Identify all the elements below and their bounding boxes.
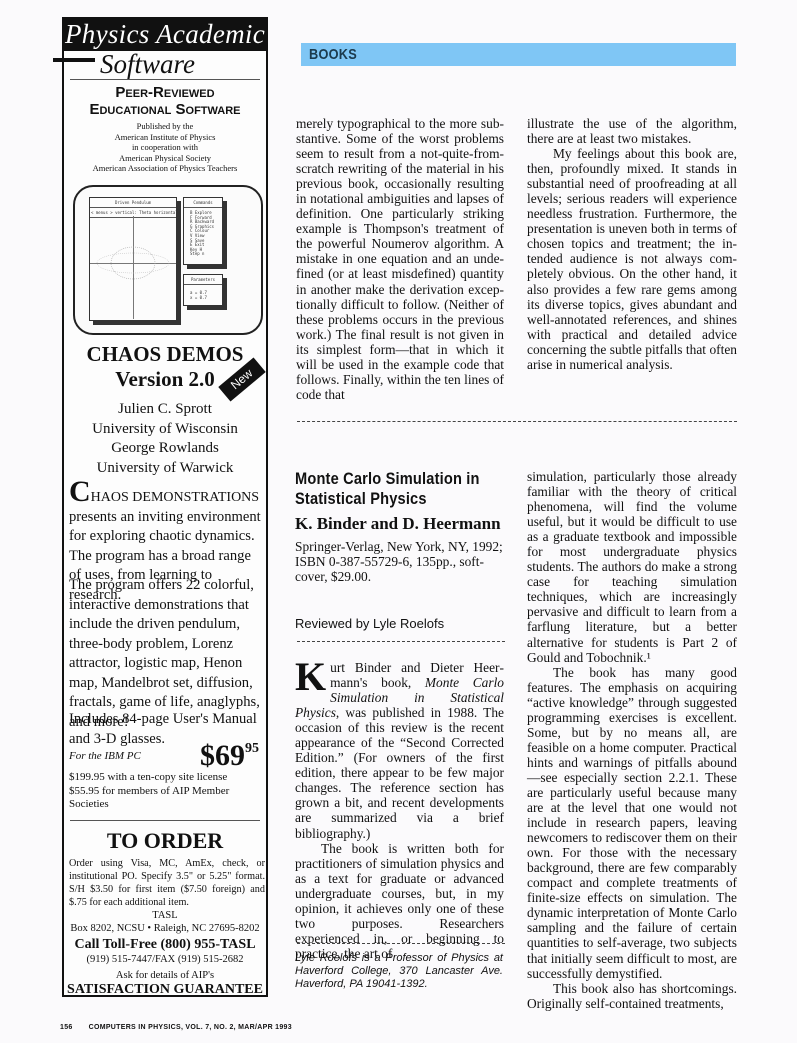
price-cents: 95 [245, 741, 259, 756]
prev-review-col1: merely typographical to the more sub­sta… [296, 116, 504, 402]
author-affiliation: University of Warwick [62, 459, 268, 479]
ad-banner-title: Physics Academic [62, 17, 268, 51]
byline-divider [297, 641, 505, 643]
ad-educational-software: Educational Software [62, 101, 268, 118]
screenshot-main-window: Driven Pendulum < menus > vertical: Thet… [89, 197, 177, 321]
fax-number: (919) 515-7447/FAX (919) 515-2682 [62, 954, 268, 965]
dropcap-letter: K [295, 661, 326, 693]
ad-decorative-bar [53, 58, 95, 62]
ad-price: $6995 [200, 733, 259, 772]
author-affiliation: University of Wisconsin [62, 420, 268, 440]
bio-divider [297, 943, 505, 945]
section-divider [297, 421, 737, 423]
ad-publisher-info: Published by the American Institute of P… [62, 121, 268, 174]
screenshot-params-list: a = 0.7 x = 0.7 [184, 285, 222, 300]
page-number: 156 [60, 1024, 73, 1031]
body-paragraph: This book also has shortcomings. Origina… [527, 981, 737, 1011]
journal-citation: COMPUTERS IN PHYSICS, VOL. 7, NO. 2, MAR… [89, 1024, 292, 1031]
body-paragraph: illustrate the use of the algorithm, the… [527, 116, 737, 146]
body-paragraph: merely typographical to the more sub­sta… [296, 116, 504, 402]
page-footer: 156COMPUTERS IN PHYSICS, VOL. 7, NO. 2, … [60, 1024, 292, 1031]
toll-free-phone: Call Toll-Free (800) 955-TASL [62, 937, 268, 953]
author-name: Julien C. Sprott [62, 400, 268, 420]
screenshot-params-title: Parameters [184, 275, 222, 285]
review-col2: simulation, particularly those already f… [527, 469, 737, 1011]
ad-peer-line2: Educational Software [89, 101, 240, 118]
review-col1: Kurt Binder and Dieter Heer­mann's book,… [295, 660, 504, 961]
screenshot-parameters-window: Parameters a = 0.7 x = 0.7 [183, 274, 223, 306]
ad-divider [70, 820, 260, 821]
to-order-heading: TO ORDER [62, 828, 268, 854]
software-screenshot: Driven Pendulum < menus > vertical: Thet… [73, 185, 263, 335]
site-license-price: $199.95 with a ten-copy site license [69, 771, 265, 785]
body-paragraph: The book has many good features. The emp… [527, 665, 737, 981]
body-paragraph: simulation, particularly those already f… [527, 469, 737, 665]
review-book-publication: Springer-Verlag, New York, NY, 1992; ISB… [295, 539, 510, 584]
ad-pub-line: in cooperation with [62, 142, 268, 153]
ad-intro-smallcaps: HAOS DEMONSTRATIONS [91, 490, 259, 505]
ad-dropcap: C [69, 475, 91, 508]
member-price: $55.95 for members of AIP Member Societi… [69, 785, 265, 812]
ad-platform: For the IBM PC [69, 750, 141, 762]
tasl-address: Box 8202, NCSU • Raleigh, NC 27695-8202 [62, 923, 268, 934]
reviewer-bio: Lyle Roelofs is a Professor of Physics a… [295, 952, 503, 991]
reviewer-byline: Reviewed by Lyle Roelofs [295, 616, 444, 631]
order-instructions: Order using Visa, MC, AmEx, check, or in… [69, 857, 265, 909]
ad-peer-reviewed: Peer-Reviewed [62, 84, 268, 101]
screenshot-window-title: Driven Pendulum [90, 198, 176, 208]
section-title: BOOKS [309, 44, 357, 66]
ad-pub-line: American Institute of Physics [62, 132, 268, 143]
phase-plot [90, 216, 176, 319]
command-item: Step n [190, 252, 222, 257]
body-paragraph: My feelings about this book are, then, p… [527, 146, 737, 372]
ad-peer-line1: Peer-Reviewed [115, 84, 214, 101]
prev-review-col2: illustrate the use of the algorithm, the… [527, 116, 737, 372]
ask-details: Ask for details of AIP's [62, 970, 268, 981]
text-run: , was pub­lished in 1988. The occasion o… [295, 705, 504, 840]
body-paragraph: Kurt Binder and Dieter Heer­mann's book,… [295, 660, 504, 841]
ad-features-paragraph: The program offers 22 colorful, interact… [69, 576, 265, 732]
review-book-title: Monte Carlo Simulation in Statistical Ph… [295, 469, 484, 509]
ad-divider [70, 79, 260, 80]
ad-pub-line: Published by the [62, 121, 268, 132]
screenshot-commands-list: B Explore F Forward R Backward G Graphic… [184, 208, 222, 257]
isbn-info: ISBN 0-387-55729-6, 135pp., soft-cover, … [295, 554, 510, 584]
param-item: x = 0.7 [190, 295, 222, 300]
price-dollars: $69 [200, 739, 245, 772]
author-name: George Rowlands [62, 439, 268, 459]
satisfaction-guarantee: SATISFACTION GUARANTEE [62, 982, 268, 998]
review-book-authors: K. Binder and D. Heermann [295, 514, 501, 534]
product-title: CHAOS DEMOS [62, 342, 268, 367]
ad-pub-line: American Physical Society [62, 153, 268, 164]
screenshot-commands-window: Commands B Explore F Forward R Backward … [183, 197, 223, 265]
screenshot-commands-title: Commands [184, 198, 222, 208]
section-header-bar [301, 43, 736, 66]
ad-site-license: $199.95 with a ten-copy site license $55… [69, 771, 265, 812]
tasl-label: TASL [62, 910, 268, 921]
ad-software-title: Software [100, 48, 195, 80]
ad-pub-line: American Association of Physics Teachers [62, 163, 268, 174]
publisher-info: Springer-Verlag, New York, NY, 1992; [295, 539, 510, 554]
ad-authors: Julien C. Sprott University of Wisconsin… [62, 400, 268, 478]
